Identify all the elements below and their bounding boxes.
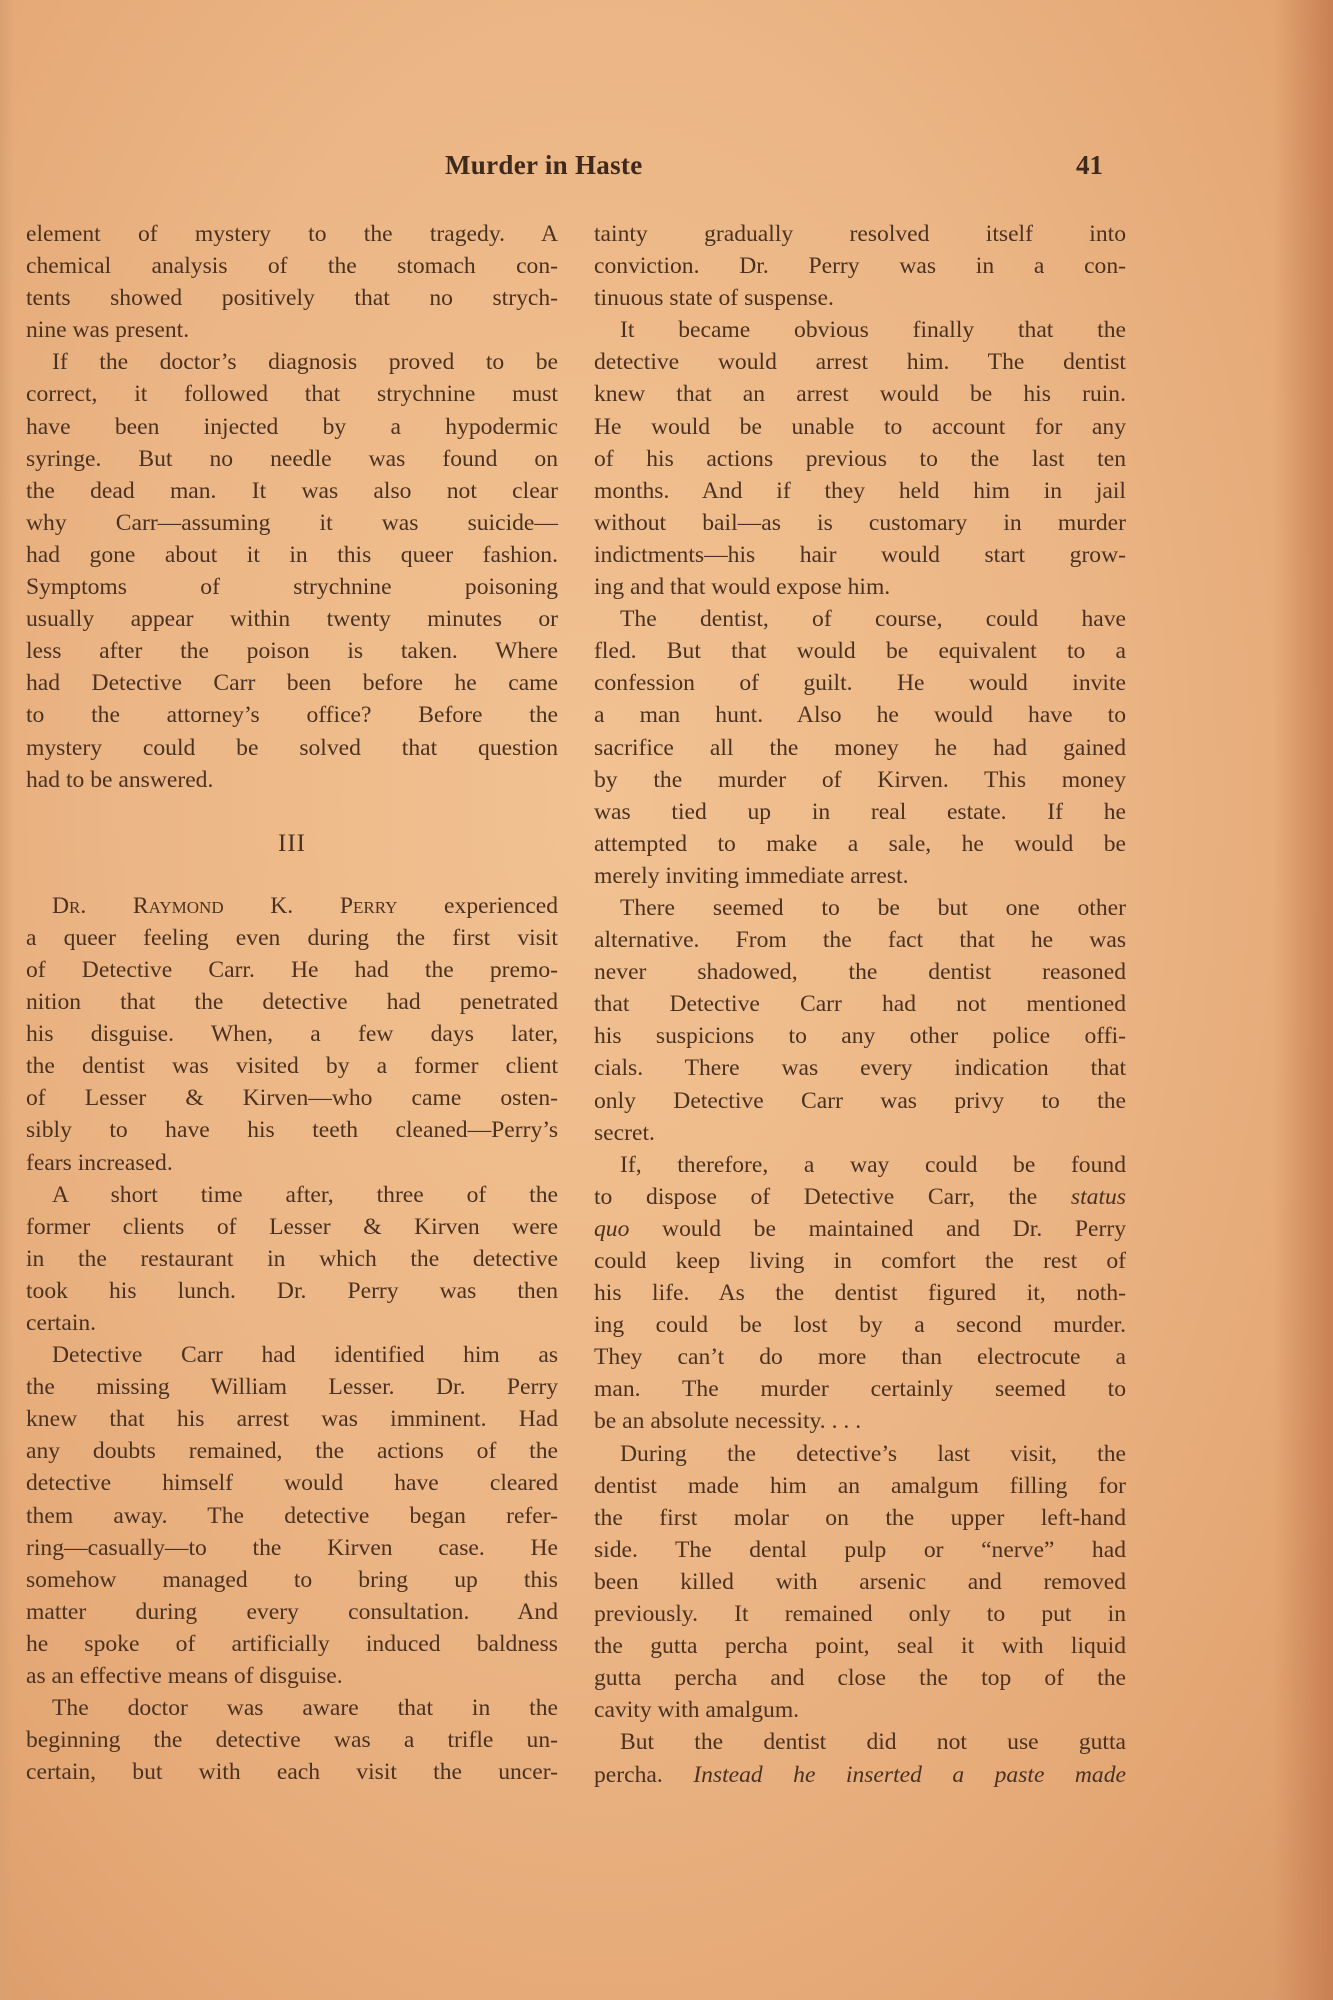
- text-line: never shadowed, the dentist reasoned: [594, 956, 1126, 988]
- paragraph: Detective Carr had identified him as the…: [26, 1339, 558, 1692]
- running-header: Murder in Haste 41: [0, 150, 1333, 190]
- text-line: dentist made him an amalgum filling for: [594, 1470, 1126, 1502]
- text-line: had Detective Carr been before he came: [26, 667, 558, 699]
- text-line: confession of guilt. He would invite: [594, 667, 1126, 699]
- text-line: quo would be maintained and Dr. Perry: [594, 1213, 1126, 1245]
- text-line: knew that an arrest would be his ruin.: [594, 378, 1126, 410]
- text-line: a queer feeling even during the first vi…: [26, 922, 558, 954]
- text-line: by the murder of Kirven. This money: [594, 764, 1126, 796]
- text-line: Symptoms of strychnine poisoning: [26, 571, 558, 603]
- text-line: man. The murder certainly seemed to: [594, 1373, 1126, 1405]
- paragraph: If the doctor’s diagnosis proved to be c…: [26, 346, 558, 795]
- paragraph: It became obvious finally that the detec…: [594, 314, 1126, 603]
- paragraph: The doctor was aware that in the beginni…: [26, 1692, 558, 1788]
- text-line: gutta percha and close the top of the: [594, 1662, 1126, 1694]
- text-line: nition that the detective had penetrated: [26, 986, 558, 1018]
- text-fragment: would be maintained and Dr. Perry: [629, 1216, 1126, 1242]
- text-line: previously. It remained only to put in: [594, 1598, 1126, 1630]
- left-column: element of mystery to the tragedy. A che…: [26, 218, 558, 1788]
- text-line: took his lunch. Dr. Perry was then: [26, 1275, 558, 1307]
- text-line: side. The dental pulp or “nerve” had: [594, 1534, 1126, 1566]
- text-line: certain, but with each visit the uncer-: [26, 1756, 558, 1788]
- paragraph: The dentist, of course, could have fled.…: [594, 603, 1126, 892]
- text-line: The doctor was aware that in the: [26, 1692, 558, 1724]
- text-line: only Detective Carr was privy to the: [594, 1085, 1126, 1117]
- text-line: the missing William Lesser. Dr. Perry: [26, 1371, 558, 1403]
- text-line: of Detective Carr. He had the premo-: [26, 954, 558, 986]
- text-line: tinuous state of suspense.: [594, 282, 1126, 314]
- text-line: that Detective Carr had not mentioned: [594, 988, 1126, 1020]
- text-line: have been injected by a hypodermic: [26, 411, 558, 443]
- text-line: could keep living in comfort the rest of: [594, 1245, 1126, 1277]
- paragraph: During the detective’s last visit, the d…: [594, 1438, 1126, 1727]
- paragraph: element of mystery to the tragedy. A che…: [26, 218, 558, 346]
- text-line: somehow managed to bring up this: [26, 1564, 558, 1596]
- text-line: He would be unable to account for any: [594, 411, 1126, 443]
- paragraph: There seemed to be but one other alterna…: [594, 892, 1126, 1149]
- text-line: ing could be lost by a second murder.: [594, 1309, 1126, 1341]
- page-number: 41: [1076, 150, 1103, 181]
- text-line: But the dentist did not use gutta: [594, 1726, 1126, 1758]
- scanned-book-page: Murder in Haste 41 element of mystery to…: [0, 0, 1333, 2000]
- text-line: They can’t do more than electrocute a: [594, 1341, 1126, 1373]
- text-line: fled. But that would be equivalent to a: [594, 635, 1126, 667]
- text-line: his disguise. When, a few days later,: [26, 1018, 558, 1050]
- text-line: the dentist was visited by a former clie…: [26, 1050, 558, 1082]
- text-fragment: to dispose of Detective Carr, the: [594, 1184, 1071, 1210]
- text-line: cavity with amalgum.: [594, 1694, 1126, 1726]
- italic-phrase: Instead he inserted a paste made: [693, 1762, 1126, 1788]
- text-line: had to be answered.: [26, 764, 558, 796]
- text-line: Dr. Raymond K. Perry experienced: [26, 890, 558, 922]
- paragraph: But the dentist did not use gutta percha…: [594, 1726, 1126, 1790]
- text-line: been killed with arsenic and removed: [594, 1566, 1126, 1598]
- text-line: them away. The detective began refer-: [26, 1500, 558, 1532]
- text-line: The dentist, of course, could have: [594, 603, 1126, 635]
- text-line: the gutta percha point, seal it with liq…: [594, 1630, 1126, 1662]
- text-line: A short time after, three of the: [26, 1179, 558, 1211]
- text-line: detective would arrest him. The dentist: [594, 346, 1126, 378]
- text-line: tainty gradually resolved itself into: [594, 218, 1126, 250]
- text-line: indictments—his hair would start grow-: [594, 539, 1126, 571]
- text-line: the first molar on the upper left-hand: [594, 1502, 1126, 1534]
- text-line: mystery could be solved that question: [26, 732, 558, 764]
- text-line: usually appear within twenty minutes or: [26, 603, 558, 635]
- section-heading: III: [26, 828, 558, 860]
- text-line: tents showed positively that no strych-: [26, 282, 558, 314]
- text-line: syringe. But no needle was found on: [26, 443, 558, 475]
- text-line: detective himself would have cleared: [26, 1467, 558, 1499]
- text-line: There seemed to be but one other: [594, 892, 1126, 924]
- paragraph: tainty gradually resolved itself into co…: [594, 218, 1126, 314]
- text-line: months. And if they held him in jail: [594, 475, 1126, 507]
- text-line: beginning the detective was a trifle un-: [26, 1724, 558, 1756]
- italic-phrase: status: [1071, 1184, 1126, 1210]
- text-line: conviction. Dr. Perry was in a con-: [594, 250, 1126, 282]
- text-line: his suspicions to any other police offi-: [594, 1020, 1126, 1052]
- text-line: cials. There was every indication that: [594, 1052, 1126, 1084]
- text-line: sibly to have his teeth cleaned—Perry’s: [26, 1114, 558, 1146]
- text-line: Detective Carr had identified him as: [26, 1339, 558, 1371]
- text-line: without bail—as is customary in murder: [594, 507, 1126, 539]
- text-line: During the detective’s last visit, the: [594, 1438, 1126, 1470]
- italic-phrase: quo: [594, 1216, 629, 1242]
- paragraph: A short time after, three of the former …: [26, 1179, 558, 1339]
- text-line: his life. As the dentist figured it, not…: [594, 1277, 1126, 1309]
- text-line: It became obvious finally that the: [594, 314, 1126, 346]
- paragraph: Dr. Raymond K. Perry experienced a queer…: [26, 890, 558, 1179]
- text-line: had gone about it in this queer fashion.: [26, 539, 558, 571]
- text-line: fears increased.: [26, 1147, 558, 1179]
- text-fragment: percha.: [594, 1762, 693, 1788]
- text-line: ring—casually—to the Kirven case. He: [26, 1532, 558, 1564]
- text-line: of his actions previous to the last ten: [594, 443, 1126, 475]
- text-line: attempted to make a sale, he would be: [594, 828, 1126, 860]
- text-line: any doubts remained, the actions of the: [26, 1435, 558, 1467]
- text-line: correct, it followed that strychnine mus…: [26, 378, 558, 410]
- running-title: Murder in Haste: [445, 150, 642, 181]
- text-line: to dispose of Detective Carr, the status: [594, 1181, 1126, 1213]
- text-line: merely inviting immediate arrest.: [594, 860, 1126, 892]
- text-line: to the attorney’s office? Before the: [26, 699, 558, 731]
- text-line: less after the poison is taken. Where: [26, 635, 558, 667]
- text-line: certain.: [26, 1307, 558, 1339]
- text-line: he spoke of artificially induced baldnes…: [26, 1628, 558, 1660]
- text-line: of Lesser & Kirven—who came osten-: [26, 1082, 558, 1114]
- right-column: tainty gradually resolved itself into co…: [594, 218, 1126, 1791]
- text-line: former clients of Lesser & Kirven were: [26, 1211, 558, 1243]
- text-line: as an effective means of disguise.: [26, 1660, 558, 1692]
- text-line: secret.: [594, 1117, 1126, 1149]
- text-line: nine was present.: [26, 314, 558, 346]
- text-line: why Carr—assuming it was suicide—: [26, 507, 558, 539]
- text-line: be an absolute necessity. . . .: [594, 1405, 1126, 1437]
- text-line: ing and that would expose him.: [594, 571, 1126, 603]
- text-line: percha. Instead he inserted a paste made: [594, 1759, 1126, 1791]
- text-line: element of mystery to the tragedy. A: [26, 218, 558, 250]
- text-fragment: experienced: [397, 893, 558, 919]
- character-name-smallcaps: Dr. Raymond K. Perry: [52, 893, 397, 919]
- text-line: the dead man. It was also not clear: [26, 475, 558, 507]
- text-line: If the doctor’s diagnosis proved to be: [26, 346, 558, 378]
- text-line: alternative. From the fact that he was: [594, 924, 1126, 956]
- text-line: chemical analysis of the stomach con-: [26, 250, 558, 282]
- text-line: If, therefore, a way could be found: [594, 1149, 1126, 1181]
- text-line: knew that his arrest was imminent. Had: [26, 1403, 558, 1435]
- paragraph: If, therefore, a way could be found to d…: [594, 1149, 1126, 1438]
- text-line: a man hunt. Also he would have to: [594, 699, 1126, 731]
- text-line: matter during every consultation. And: [26, 1596, 558, 1628]
- text-line: sacrifice all the money he had gained: [594, 732, 1126, 764]
- text-line: in the restaurant in which the detective: [26, 1243, 558, 1275]
- text-line: was tied up in real estate. If he: [594, 796, 1126, 828]
